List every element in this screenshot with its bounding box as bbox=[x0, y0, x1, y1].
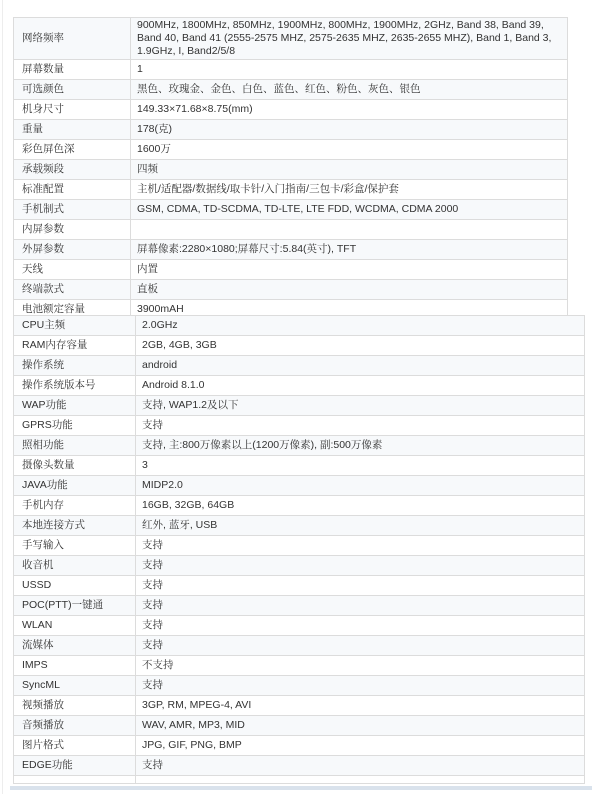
spec-label: 本地连接方式 bbox=[14, 516, 136, 536]
software-spec-table: CPU主频 2.0GHz RAM内存容量 2GB, 4GB, 3GB 操作系统 … bbox=[13, 315, 585, 784]
spec-value bbox=[136, 776, 585, 784]
table-row: EDGE功能 支持 bbox=[14, 756, 585, 776]
table-row: 操作系统版本号 Android 8.1.0 bbox=[14, 376, 585, 396]
table-row: 彩色屏色深 1600万 bbox=[14, 140, 568, 160]
table-row: SyncML 支持 bbox=[14, 676, 585, 696]
footer-divider-bar bbox=[10, 786, 592, 790]
spec-label: USSD bbox=[14, 576, 136, 596]
table-row: 外屏参数 屏幕像素:2280×1080;屏幕尺寸:5.84(英寸), TFT bbox=[14, 240, 568, 260]
hardware-spec-table: 网络频率 900MHz, 1800MHz, 850MHz, 1900MHz, 8… bbox=[13, 17, 568, 320]
spec-value: 支持 bbox=[136, 576, 585, 596]
table-row: 网络频率 900MHz, 1800MHz, 850MHz, 1900MHz, 8… bbox=[14, 18, 568, 60]
spec-label bbox=[14, 776, 136, 784]
spec-label: 图片格式 bbox=[14, 736, 136, 756]
spec-value: android bbox=[136, 356, 585, 376]
spec-page: { "page": { "footer_bar_color": "#d9e2ec… bbox=[0, 0, 600, 794]
spec-label: 天线 bbox=[14, 260, 131, 280]
table-row: IMPS 不支持 bbox=[14, 656, 585, 676]
spec-label: 手机制式 bbox=[14, 200, 131, 220]
spec-label: 音频播放 bbox=[14, 716, 136, 736]
table-row: 承载频段 四频 bbox=[14, 160, 568, 180]
spec-label: CPU主频 bbox=[14, 316, 136, 336]
spec-label: WAP功能 bbox=[14, 396, 136, 416]
spec-value: 直板 bbox=[131, 280, 568, 300]
spec-label: 操作系统版本号 bbox=[14, 376, 136, 396]
spec-label: 视频播放 bbox=[14, 696, 136, 716]
table-row: POC(PTT)一键通 支持 bbox=[14, 596, 585, 616]
table-row: 音频播放 WAV, AMR, MP3, MID bbox=[14, 716, 585, 736]
spec-value: 149.33×71.68×8.75(mm) bbox=[131, 100, 568, 120]
spec-label: 承载频段 bbox=[14, 160, 131, 180]
spec-label: EDGE功能 bbox=[14, 756, 136, 776]
spec-value: GSM, CDMA, TD-SCDMA, TD-LTE, LTE FDD, WC… bbox=[131, 200, 568, 220]
table-row: 重量 178(克) bbox=[14, 120, 568, 140]
spec-value: MIDP2.0 bbox=[136, 476, 585, 496]
spec-value: 黑色、玫瑰金、金色、白色、蓝色、红色、粉色、灰色、银色 bbox=[131, 80, 568, 100]
spec-value: 支持 bbox=[136, 636, 585, 656]
spec-value: 1600万 bbox=[131, 140, 568, 160]
spec-value: 支持, WAP1.2及以下 bbox=[136, 396, 585, 416]
spec-value: 支持 bbox=[136, 416, 585, 436]
spec-value: 2GB, 4GB, 3GB bbox=[136, 336, 585, 356]
spec-label: 手写输入 bbox=[14, 536, 136, 556]
spec-value: 支持 bbox=[136, 536, 585, 556]
spec-label: 彩色屏色深 bbox=[14, 140, 131, 160]
table-row: CPU主频 2.0GHz bbox=[14, 316, 585, 336]
table-row: 收音机 支持 bbox=[14, 556, 585, 576]
spec-label: RAM内存容量 bbox=[14, 336, 136, 356]
spec-label: SyncML bbox=[14, 676, 136, 696]
table-row: JAVA功能 MIDP2.0 bbox=[14, 476, 585, 496]
spec-label: POC(PTT)一键通 bbox=[14, 596, 136, 616]
spec-label: 照相功能 bbox=[14, 436, 136, 456]
table-row: 视频播放 3GP, RM, MPEG-4, AVI bbox=[14, 696, 585, 716]
spec-label: 网络频率 bbox=[14, 18, 131, 60]
spec-label: 可选颜色 bbox=[14, 80, 131, 100]
table-row-partial bbox=[14, 776, 585, 784]
table-row: 摄像头数量 3 bbox=[14, 456, 585, 476]
table-row: 流媒体 支持 bbox=[14, 636, 585, 656]
spec-label: 外屏参数 bbox=[14, 240, 131, 260]
table-row: 手写输入 支持 bbox=[14, 536, 585, 556]
spec-value: 主机/适配器/数据线/取卡针/入门指南/三包卡/彩盒/保护套 bbox=[131, 180, 568, 200]
table-row: RAM内存容量 2GB, 4GB, 3GB bbox=[14, 336, 585, 356]
spec-value: 178(克) bbox=[131, 120, 568, 140]
spec-value: WAV, AMR, MP3, MID bbox=[136, 716, 585, 736]
spec-value: JPG, GIF, PNG, BMP bbox=[136, 736, 585, 756]
table-row: 终端款式 直板 bbox=[14, 280, 568, 300]
spec-label: 屏幕数量 bbox=[14, 60, 131, 80]
spec-label: 标准配置 bbox=[14, 180, 131, 200]
spec-label: WLAN bbox=[14, 616, 136, 636]
spec-value: 支持, 主:800万像素以上(1200万像素), 副:500万像素 bbox=[136, 436, 585, 456]
table-row: 手机内存 16GB, 32GB, 64GB bbox=[14, 496, 585, 516]
spec-label: 摄像头数量 bbox=[14, 456, 136, 476]
table-row: 天线 内置 bbox=[14, 260, 568, 280]
spec-label: 机身尺寸 bbox=[14, 100, 131, 120]
table-row: USSD 支持 bbox=[14, 576, 585, 596]
table-row: 图片格式 JPG, GIF, PNG, BMP bbox=[14, 736, 585, 756]
table-row: 本地连接方式 红外, 蓝牙, USB bbox=[14, 516, 585, 536]
spec-value: 内置 bbox=[131, 260, 568, 280]
table-row: 可选颜色 黑色、玫瑰金、金色、白色、蓝色、红色、粉色、灰色、银色 bbox=[14, 80, 568, 100]
spec-value: 3 bbox=[136, 456, 585, 476]
spec-value: 屏幕像素:2280×1080;屏幕尺寸:5.84(英寸), TFT bbox=[131, 240, 568, 260]
table-row: 操作系统 android bbox=[14, 356, 585, 376]
spec-label: 操作系统 bbox=[14, 356, 136, 376]
spec-label: 终端款式 bbox=[14, 280, 131, 300]
spec-label: JAVA功能 bbox=[14, 476, 136, 496]
spec-label: GPRS功能 bbox=[14, 416, 136, 436]
spec-value: 16GB, 32GB, 64GB bbox=[136, 496, 585, 516]
table-row: 手机制式 GSM, CDMA, TD-SCDMA, TD-LTE, LTE FD… bbox=[14, 200, 568, 220]
spec-label: IMPS bbox=[14, 656, 136, 676]
page-left-edge-line bbox=[2, 0, 3, 794]
spec-label: 流媒体 bbox=[14, 636, 136, 656]
spec-value: Android 8.1.0 bbox=[136, 376, 585, 396]
spec-value: 支持 bbox=[136, 676, 585, 696]
table-row: 照相功能 支持, 主:800万像素以上(1200万像素), 副:500万像素 bbox=[14, 436, 585, 456]
spec-value: 不支持 bbox=[136, 656, 585, 676]
table-row: 机身尺寸 149.33×71.68×8.75(mm) bbox=[14, 100, 568, 120]
spec-value bbox=[131, 220, 568, 240]
table-row: WLAN 支持 bbox=[14, 616, 585, 636]
spec-label: 内屏参数 bbox=[14, 220, 131, 240]
spec-value: 支持 bbox=[136, 596, 585, 616]
spec-value: 支持 bbox=[136, 756, 585, 776]
table-row: 标准配置 主机/适配器/数据线/取卡针/入门指南/三包卡/彩盒/保护套 bbox=[14, 180, 568, 200]
spec-value: 支持 bbox=[136, 616, 585, 636]
table-row: GPRS功能 支持 bbox=[14, 416, 585, 436]
spec-value: 支持 bbox=[136, 556, 585, 576]
spec-label: 重量 bbox=[14, 120, 131, 140]
spec-label: 手机内存 bbox=[14, 496, 136, 516]
spec-value: 3GP, RM, MPEG-4, AVI bbox=[136, 696, 585, 716]
spec-value: 2.0GHz bbox=[136, 316, 585, 336]
table-row: 屏幕数量 1 bbox=[14, 60, 568, 80]
spec-value: 四频 bbox=[131, 160, 568, 180]
table-row: WAP功能 支持, WAP1.2及以下 bbox=[14, 396, 585, 416]
spec-value: 1 bbox=[131, 60, 568, 80]
table-row: 内屏参数 bbox=[14, 220, 568, 240]
spec-value: 红外, 蓝牙, USB bbox=[136, 516, 585, 536]
spec-value: 900MHz, 1800MHz, 850MHz, 1900MHz, 800MHz… bbox=[131, 18, 568, 60]
spec-label: 收音机 bbox=[14, 556, 136, 576]
